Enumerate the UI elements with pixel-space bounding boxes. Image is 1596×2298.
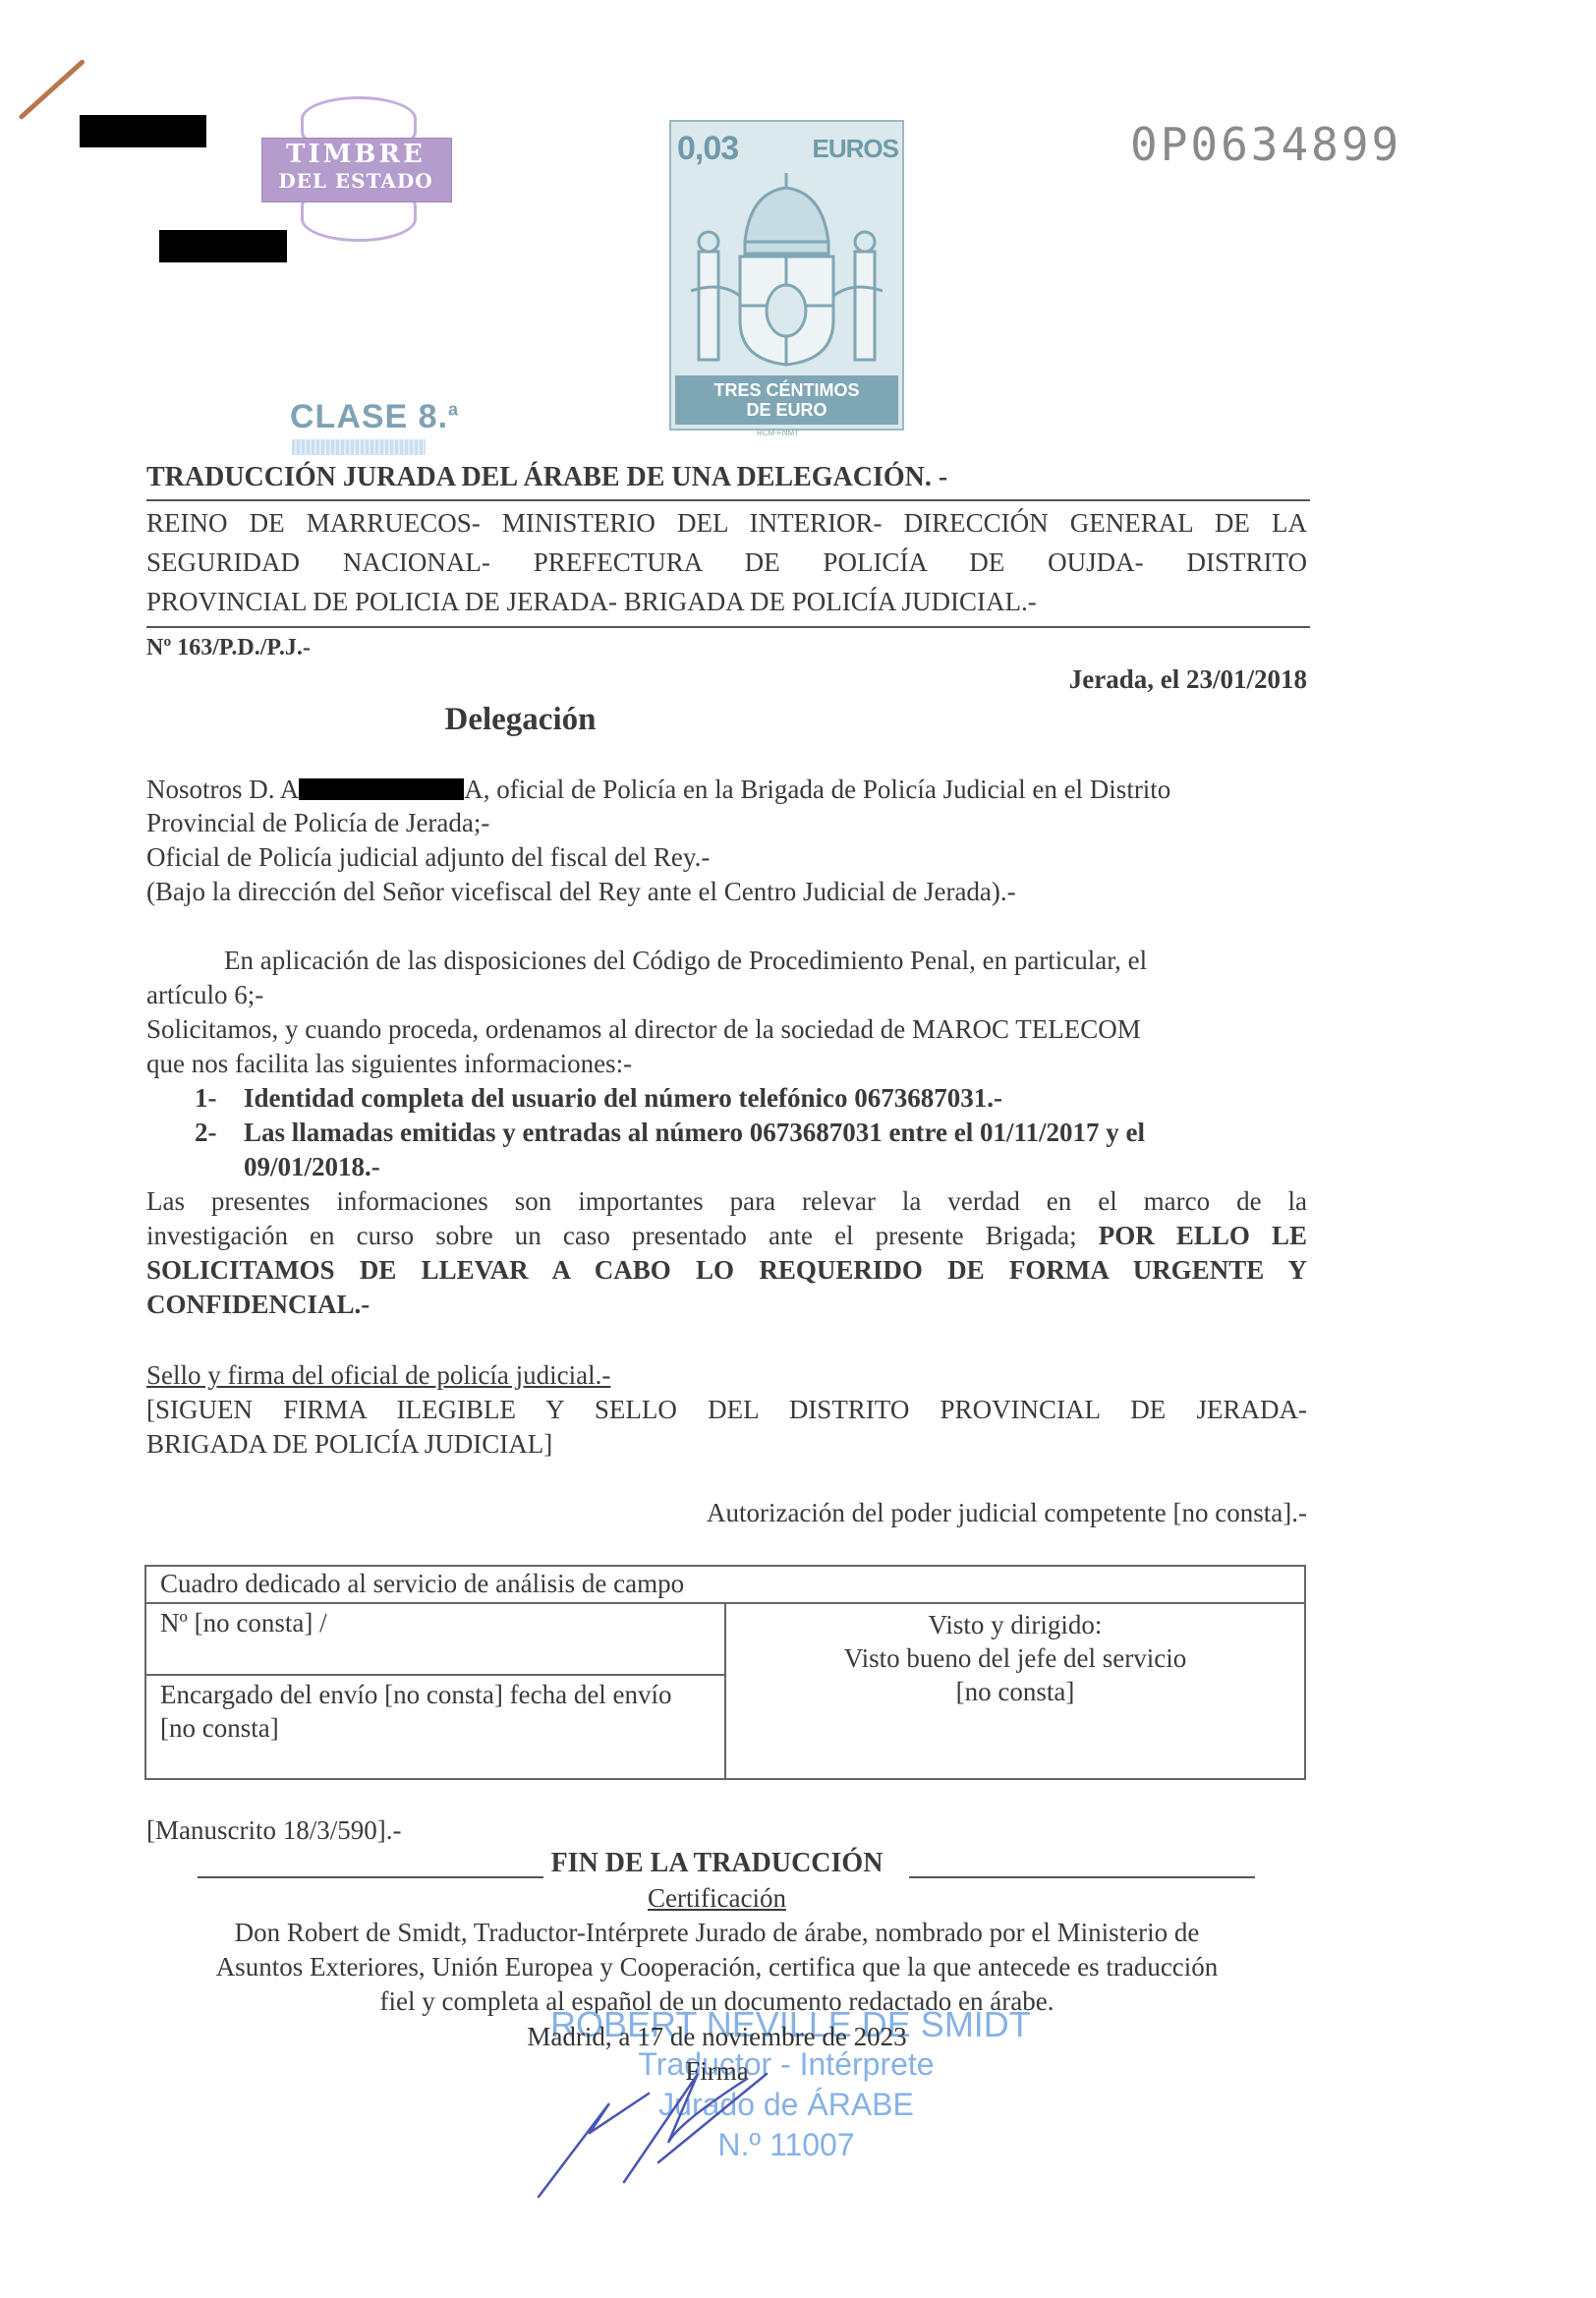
- table-cell-sender: Encargado del envío [no consta] fecha de…: [145, 1675, 725, 1779]
- timbre-del-estado-stamp: TIMBRE DEL ESTADO: [261, 94, 450, 238]
- timbre-line2: DEL ESTADO: [261, 169, 450, 193]
- table-cell-number: Nº [no consta] /: [145, 1603, 725, 1675]
- body-line: Solicitamos, y cuando proceda, ordenamos…: [146, 1012, 1307, 1046]
- coat-of-arms-icon: [691, 173, 883, 370]
- certification-text: Asuntos Exteriores, Unión Europea y Coop…: [146, 1950, 1307, 1983]
- microprint-bar: [292, 439, 426, 455]
- serial-number: 0P0634899: [1130, 118, 1401, 171]
- request-item-2-cont: 09/01/2018.-: [244, 1150, 1307, 1183]
- intro-line: Oficial de Policía judicial adjunto del …: [146, 840, 1307, 874]
- intro-line: Provincial de Policía de Jerada;-: [146, 806, 1307, 839]
- signature-label: Sello y firma del oficial de policía jud…: [146, 1358, 1307, 1392]
- body-line: que nos facilita las siguientes informac…: [146, 1047, 1307, 1080]
- ornament-icon: [301, 96, 417, 142]
- authority-line: SEGURIDAD NACIONAL- PREFECTURA DE POLICÍ…: [146, 546, 1307, 579]
- authority-line: PROVINCIAL DE POLICIA DE JERADA- BRIGADA…: [146, 585, 1307, 618]
- redaction-box: [80, 115, 206, 147]
- staple-mark: [18, 59, 85, 121]
- document-title: TRADUCCIÓN JURADA DEL ÁRABE DE UNA DELEG…: [146, 461, 1307, 494]
- handwritten-signature-icon: [531, 2035, 786, 2202]
- field-analysis-table: Cuadro dedicado al servicio de análisis …: [144, 1565, 1306, 1780]
- divider: [146, 626, 1310, 628]
- fiscal-stamp: 0,03 EUROS TRES CÉNTIMOS DE EURO: [669, 120, 904, 431]
- body-line: investigación en curso sobre un caso pre…: [146, 1219, 1307, 1252]
- end-marker-rule-right: [909, 1876, 1255, 1878]
- body-line: artículo 6;-: [146, 978, 1307, 1011]
- certification-heading: Certificación: [146, 1881, 1307, 1915]
- intro-line: Nosotros D. AA, oficial de Policía en la…: [146, 773, 1307, 806]
- place-date: Jerada, el 23/01/2018: [146, 662, 1307, 696]
- authority-line: REINO DE MARRUECOS- MINISTERIO DEL INTER…: [146, 506, 1307, 540]
- stamp-value: 0,03: [677, 130, 738, 168]
- reference-number: Nº 163/P.D./P.J.-: [146, 631, 1307, 664]
- class-label: CLASE 8.a: [290, 398, 459, 436]
- authorization-note: Autorización del poder judicial competen…: [146, 1496, 1307, 1529]
- body-line: SOLICITAMOS DE LLEVAR A CABO LO REQUERID…: [146, 1253, 1307, 1287]
- timbre-line1: TIMBRE: [261, 140, 450, 169]
- end-marker: FIN DE LA TRADUCCIÓN: [146, 1847, 1307, 1880]
- ornament-icon: [301, 197, 417, 242]
- request-item-1: 1-Identidad completa del usuario del núm…: [195, 1081, 1307, 1115]
- redaction-box: [299, 778, 464, 800]
- signature-note: BRIGADA DE POLICÍA JUDICIAL]: [146, 1427, 1307, 1461]
- signature-note: [SIGUEN FIRMA ILEGIBLE Y SELLO DEL DISTR…: [146, 1393, 1307, 1426]
- intro-line: (Bajo la dirección del Señor vicefiscal …: [146, 875, 1307, 908]
- table-header: Cuadro dedicado al servicio de análisis …: [145, 1566, 1305, 1603]
- certification-text: Don Robert de Smidt, Traductor-Intérpret…: [146, 1916, 1307, 1949]
- body-line: En aplicación de las disposiciones del C…: [146, 944, 1307, 977]
- body-line: Las presentes informaciones son importan…: [146, 1184, 1307, 1218]
- divider: [146, 499, 1310, 501]
- stamp-amount-text: TRES CÉNTIMOS DE EURO: [675, 375, 898, 425]
- body-line: CONFIDENCIAL.-: [146, 1288, 1307, 1321]
- stamp-maker: RCM-FNMT: [757, 429, 799, 437]
- section-heading: Delegación: [146, 700, 1307, 739]
- stamp-currency: EUROS: [813, 134, 898, 164]
- table-cell-approval: Visto y dirigido: Visto bueno del jefe d…: [725, 1603, 1305, 1779]
- manuscript-note: [Manuscrito 18/3/590].-: [146, 1813, 1307, 1847]
- request-item-2: 2-Las llamadas emitidas y entradas al nú…: [195, 1116, 1307, 1149]
